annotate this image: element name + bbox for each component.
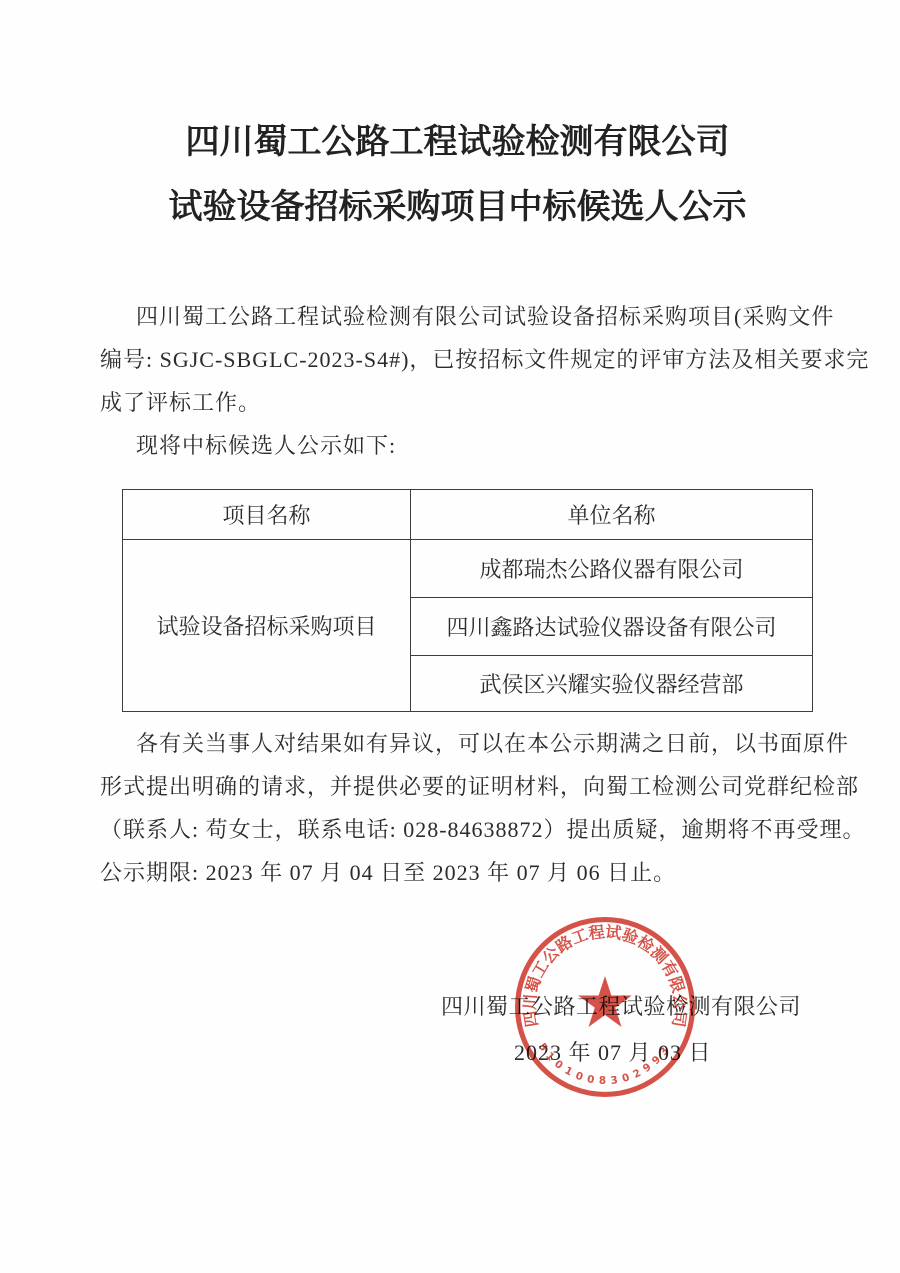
objection-line-2: 形式提出明确的请求，并提供必要的证明材料，向蜀工检测公司党群纪检部 [100, 765, 815, 808]
cell-candidate-2: 四川鑫路达试验仪器设备有限公司 [411, 598, 813, 656]
company-seal-stamp: 四川蜀工公路工程试验检测有限公司 5101008302993 [511, 913, 699, 1101]
document-title-line-1: 四川蜀工公路工程试验检测有限公司 [100, 122, 815, 164]
table-header-row: 项目名称 单位名称 [123, 490, 813, 540]
cell-candidate-1: 成都瑞杰公路仪器有限公司 [411, 540, 813, 598]
intro-line-2: 编号: SGJC-SBGLC-2023-S4#)，已按招标文件规定的评审方法及相… [100, 338, 815, 381]
announce-line: 现将中标候选人公示如下: [100, 424, 815, 467]
objection-paragraph: 各有关当事人对结果如有异议，可以在本公示期满之日前，以书面原件 形式提出明确的请… [100, 722, 815, 894]
header-unit-name: 单位名称 [411, 490, 813, 540]
document-title-line-2: 试验设备招标采购项目中标候选人公示 [100, 187, 815, 229]
intro-line-3: 成了评标工作。 [100, 381, 815, 424]
document-page: 四川蜀工公路工程试验检测有限公司 试验设备招标采购项目中标候选人公示 四川蜀工公… [0, 0, 900, 1273]
cell-project-name: 试验设备招标采购项目 [123, 540, 411, 712]
candidates-table: 项目名称 单位名称 试验设备招标采购项目 成都瑞杰公路仪器有限公司 四川鑫路达试… [122, 489, 813, 712]
cell-candidate-3: 武侯区兴耀实验仪器经营部 [411, 656, 813, 712]
intro-line-1: 四川蜀工公路工程试验检测有限公司试验设备招标采购项目(采购文件 [100, 295, 815, 338]
table-row: 试验设备招标采购项目 成都瑞杰公路仪器有限公司 [123, 540, 813, 598]
intro-paragraph: 四川蜀工公路工程试验检测有限公司试验设备招标采购项目(采购文件 编号: SGJC… [100, 295, 815, 467]
seal-star-icon [578, 976, 632, 1027]
objection-line-4: 公示期限: 2023 年 07 月 04 日至 2023 年 07 月 06 日… [100, 851, 815, 894]
objection-line-3: （联系人: 苟女士，联系电话: 028-84638872）提出质疑，逾期将不再受… [100, 808, 815, 851]
objection-line-1: 各有关当事人对结果如有异议，可以在本公示期满之日前，以书面原件 [100, 722, 815, 765]
document-content: 四川蜀工公路工程试验检测有限公司 试验设备招标采购项目中标候选人公示 四川蜀工公… [100, 0, 815, 894]
header-project-name: 项目名称 [123, 490, 411, 540]
